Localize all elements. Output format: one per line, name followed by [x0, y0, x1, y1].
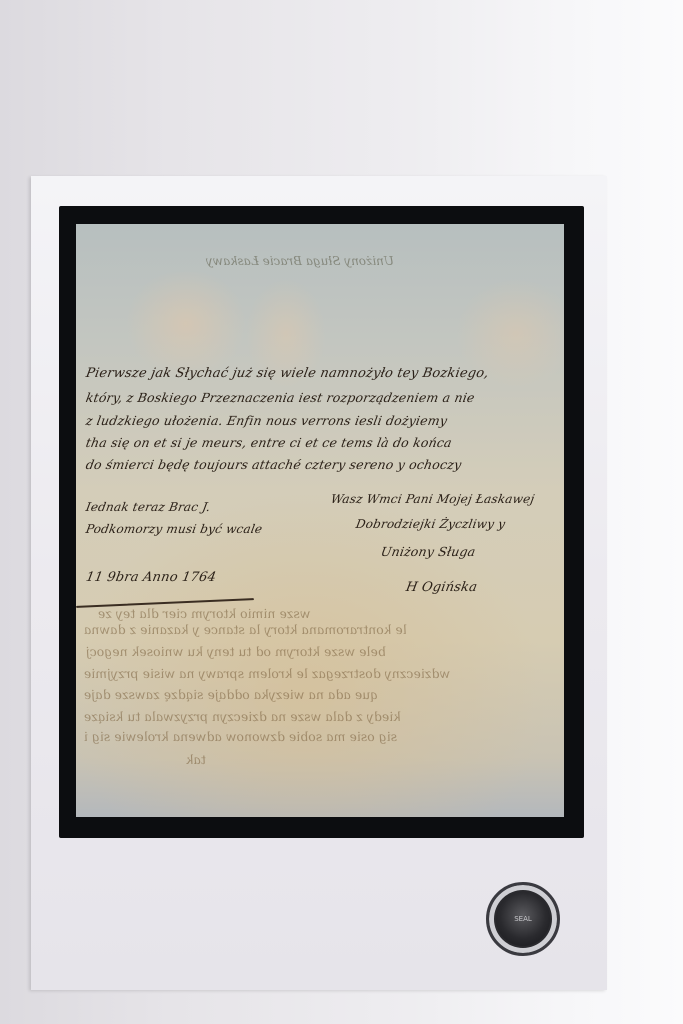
mount-card: Uniżony Sługa Bracie Łaskawy wsze nimio …: [31, 176, 607, 990]
letter-line: tha się on et si je meurs, entre ci et c…: [85, 435, 453, 450]
bleed-line: bele wsze ktorym od tu teny ku wniosek n…: [85, 644, 387, 659]
closing-line: Uniżony Sługa: [380, 544, 477, 559]
seal-stamp: SEAL: [486, 882, 560, 956]
mirrored-heading: Uniżony Sługa Bracie Łaskawy: [206, 254, 394, 268]
letter-line: Pierwsze jak Słychać już się wiele namno…: [85, 366, 490, 381]
letter-line: z ludzkiego ułożenia. Enfin nous verrons…: [85, 413, 449, 428]
letter-line: do śmierci będę toujours attaché cztery …: [85, 457, 463, 472]
document-frame: Uniżony Sługa Bracie Łaskawy wsze nimio …: [59, 206, 584, 838]
bleed-line: sig osie ma sobie dzwonow adwena krolewi…: [83, 729, 398, 744]
seal-label: SEAL: [489, 885, 557, 953]
signature: H Ogińska: [405, 580, 479, 595]
letter-paper: Uniżony Sługa Bracie Łaskawy wsze nimio …: [76, 224, 564, 817]
bleed-line: kiedy z dala wsze na dzieczyn przyzwala …: [83, 709, 402, 724]
bleed-line: tak: [185, 752, 207, 767]
bleed-line: wsze nimio ktorym cier dla tey ze: [97, 606, 312, 621]
closing-line: Wasz Wmci Pani Mojej Łaskawej: [330, 492, 536, 506]
bleed-line: le kontraromana ktory la stance y kazani…: [83, 622, 408, 637]
bleed-line: wdzieczny dostrzegaz le krolem sprawy na…: [83, 666, 451, 681]
left-note-line: Podkomorzy musi być wcale: [85, 522, 264, 536]
letter-date: 11 9bra Anno 1764: [85, 570, 218, 585]
letter-line: który, z Boskiego Przeznaczenia iest roz…: [85, 390, 476, 405]
bleed-line: que ada na wiezyka oddaje siądzę zawsze …: [83, 687, 380, 702]
closing-line: Dobrodziejki Życzliwy y: [355, 517, 507, 531]
left-note-line: Iednak teraz Brac J.: [85, 500, 212, 514]
